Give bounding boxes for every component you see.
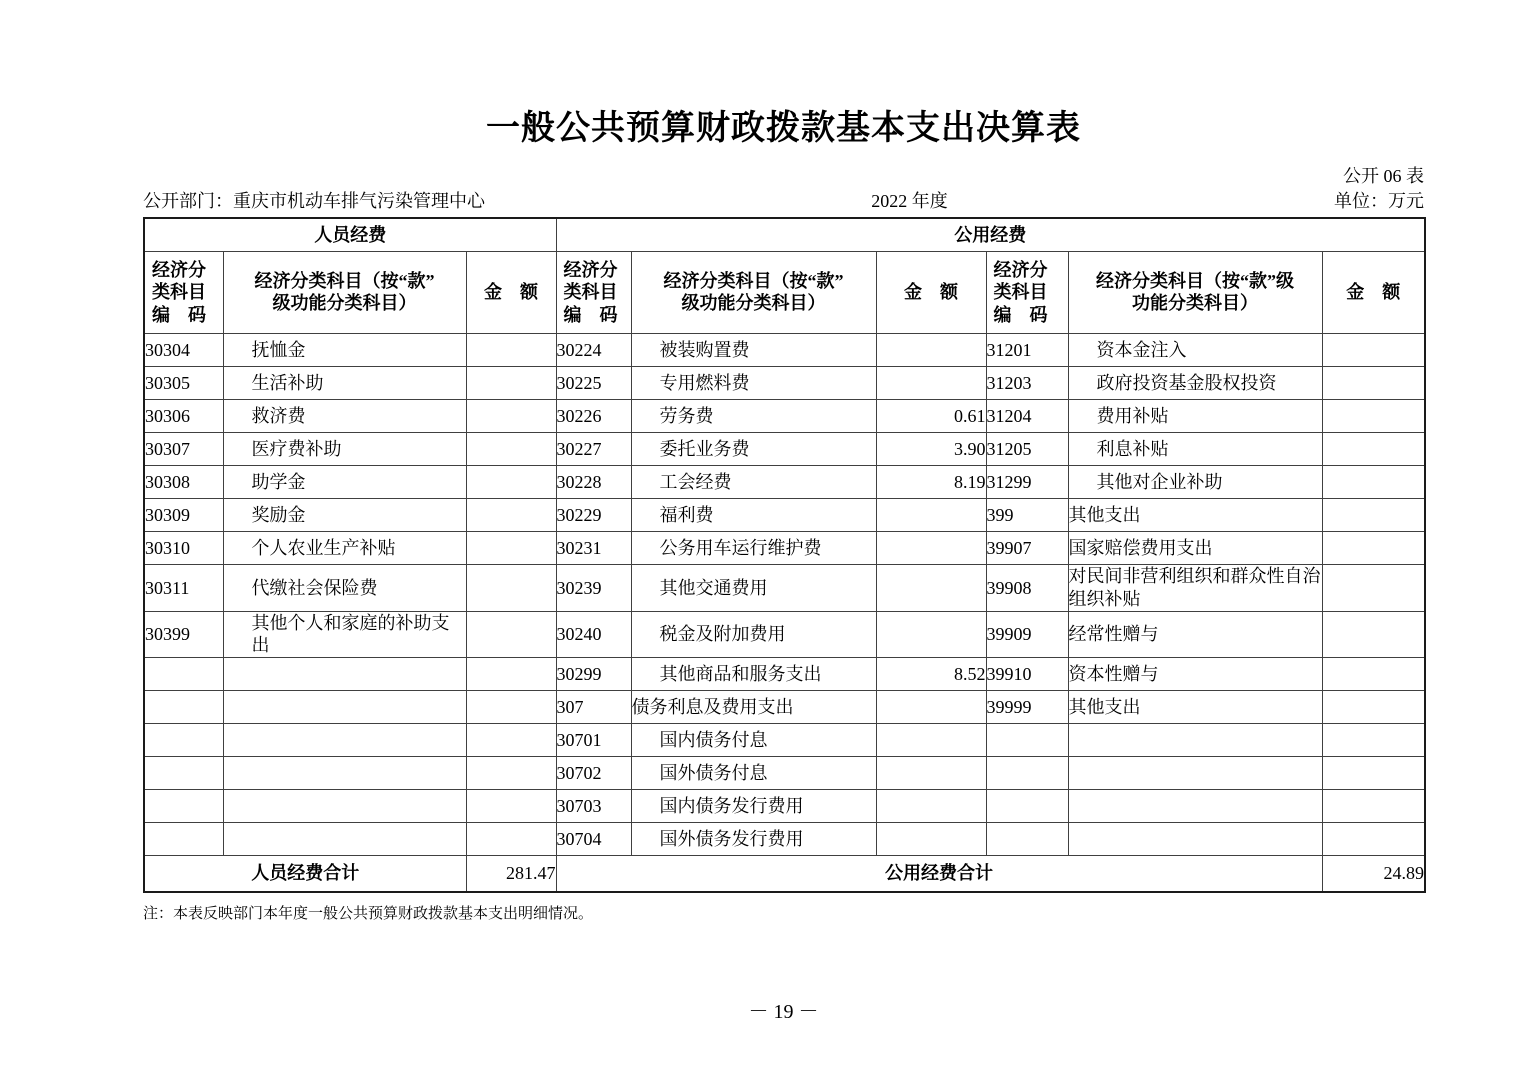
- code-cell: 39909: [986, 611, 1068, 657]
- table-row: 30308助学金30228工会经费8.1931299其他对企业补助: [144, 465, 1425, 498]
- amount-cell: [1322, 822, 1425, 855]
- code-cell: [144, 690, 223, 723]
- subject-cell: 医疗费补助: [223, 432, 466, 465]
- amount-cell: [1322, 333, 1425, 366]
- amount-cell: [466, 789, 556, 822]
- document-page: 一般公共预算财政拨款基本支出决算表 公开 06 表 公开部门：重庆市机动车排气污…: [0, 0, 1520, 1074]
- amount-cell: [1322, 611, 1425, 657]
- column-header-code-2: 经济分 类科目 编 码: [556, 251, 631, 333]
- table-note: 注：本表反映部门本年度一般公共预算财政拨款基本支出明细情况。: [143, 902, 1424, 923]
- code-cell: 30399: [144, 611, 223, 657]
- code-cell: [986, 756, 1068, 789]
- column-header-amount-2: 金 额: [876, 251, 986, 333]
- amount-cell: [1322, 366, 1425, 399]
- subject-cell: 税金及附加费用: [631, 611, 876, 657]
- code-cell: 30226: [556, 399, 631, 432]
- personnel-total-label: 人员经费合计: [144, 855, 466, 892]
- amount-cell: [1322, 564, 1425, 611]
- amount-cell: 0.61: [876, 399, 986, 432]
- subject-cell: [223, 657, 466, 690]
- subject-cell: [1068, 789, 1322, 822]
- table-row: 30304抚恤金30224被装购置费31201资本金注入: [144, 333, 1425, 366]
- year-label: 2022 年度: [871, 191, 948, 213]
- amount-cell: [466, 723, 556, 756]
- subject-cell: [1068, 723, 1322, 756]
- amount-cell: [876, 822, 986, 855]
- subject-cell: 被装购置费: [631, 333, 876, 366]
- subject-cell: [223, 822, 466, 855]
- table-row: 30305生活补助30225专用燃料费31203政府投资基金股权投资: [144, 366, 1425, 399]
- code-cell: 39910: [986, 657, 1068, 690]
- subject-cell: 工会经费: [631, 465, 876, 498]
- totals-row: 人员经费合计 281.47 公用经费合计 24.89: [144, 855, 1425, 892]
- column-header-code-1: 经济分 类科目 编 码: [144, 251, 223, 333]
- code-cell: [986, 789, 1068, 822]
- subject-cell: 资本性赠与: [1068, 657, 1322, 690]
- subject-cell: 对民间非营利组织和群众性自治组织补贴: [1068, 564, 1322, 611]
- code-cell: 30308: [144, 465, 223, 498]
- table-row: 30307医疗费补助30227委托业务费3.9031205利息补贴: [144, 432, 1425, 465]
- column-header-row: 经济分 类科目 编 码 经济分类科目（按“款” 级功能分类科目） 金 额 经济分…: [144, 251, 1425, 333]
- table-row: 30703国内债务发行费用: [144, 789, 1425, 822]
- amount-cell: [1322, 498, 1425, 531]
- code-cell: [144, 756, 223, 789]
- amount-cell: [466, 399, 556, 432]
- subject-cell: [223, 789, 466, 822]
- amount-cell: [466, 690, 556, 723]
- amount-cell: [466, 366, 556, 399]
- amount-cell: [466, 432, 556, 465]
- code-cell: 31203: [986, 366, 1068, 399]
- sheet-number-label: 公开 06 表: [143, 167, 1424, 187]
- code-cell: [144, 657, 223, 690]
- amount-cell: 8.19: [876, 465, 986, 498]
- subject-cell: 资本金注入: [1068, 333, 1322, 366]
- column-header-code-3: 经济分 类科目 编 码: [986, 251, 1068, 333]
- subject-cell: 生活补助: [223, 366, 466, 399]
- table-row: 30311代缴社会保险费30239其他交通费用39908对民间非营利组织和群众性…: [144, 564, 1425, 611]
- department-label: 公开部门：重庆市机动车排气污染管理中心: [143, 191, 485, 213]
- subject-cell: 助学金: [223, 465, 466, 498]
- code-cell: 30227: [556, 432, 631, 465]
- table-row: 30702国外债务付息: [144, 756, 1425, 789]
- subject-cell: 国外债务发行费用: [631, 822, 876, 855]
- amount-cell: [1322, 690, 1425, 723]
- subject-cell: 国内债务付息: [631, 723, 876, 756]
- subject-cell: 其他对企业补助: [1068, 465, 1322, 498]
- code-cell: 30228: [556, 465, 631, 498]
- code-cell: 30225: [556, 366, 631, 399]
- amount-cell: [876, 690, 986, 723]
- code-cell: 30701: [556, 723, 631, 756]
- subject-cell: 奖励金: [223, 498, 466, 531]
- amount-cell: [1322, 531, 1425, 564]
- code-cell: [144, 822, 223, 855]
- amount-cell: [466, 531, 556, 564]
- code-cell: 307: [556, 690, 631, 723]
- subject-cell: 经常性赠与: [1068, 611, 1322, 657]
- subject-cell: 专用燃料费: [631, 366, 876, 399]
- subject-cell: 公务用车运行维护费: [631, 531, 876, 564]
- amount-cell: [466, 756, 556, 789]
- table-row: 30399其他个人和家庭的补助支出30240税金及附加费用39909经常性赠与: [144, 611, 1425, 657]
- code-cell: 30702: [556, 756, 631, 789]
- column-header-subject-2: 经济分类科目（按“款” 级功能分类科目）: [631, 251, 876, 333]
- code-cell: 30224: [556, 333, 631, 366]
- amount-cell: [876, 789, 986, 822]
- subject-cell: 福利费: [631, 498, 876, 531]
- column-header-subject-3: 经济分类科目（按“款”级 功能分类科目）: [1068, 251, 1322, 333]
- code-cell: 30239: [556, 564, 631, 611]
- code-cell: 30703: [556, 789, 631, 822]
- amount-cell: [1322, 465, 1425, 498]
- public-total-label: 公用经费合计: [556, 855, 1322, 892]
- subject-cell: 其他支出: [1068, 690, 1322, 723]
- code-cell: 31204: [986, 399, 1068, 432]
- code-cell: 31299: [986, 465, 1068, 498]
- subject-cell: 利息补贴: [1068, 432, 1322, 465]
- subject-cell: [1068, 756, 1322, 789]
- subject-cell: 个人农业生产补贴: [223, 531, 466, 564]
- amount-cell: [1322, 432, 1425, 465]
- document-content: 一般公共预算财政拨款基本支出决算表 公开 06 表 公开部门：重庆市机动车排气污…: [143, 0, 1424, 1024]
- column-header-amount-3: 金 额: [1322, 251, 1425, 333]
- table-row: 30704国外债务发行费用: [144, 822, 1425, 855]
- amount-cell: [876, 498, 986, 531]
- column-header-subject-1: 经济分类科目（按“款” 级功能分类科目）: [223, 251, 466, 333]
- amount-cell: [1322, 789, 1425, 822]
- amount-cell: 8.52: [876, 657, 986, 690]
- subject-cell: [1068, 822, 1322, 855]
- code-cell: 30305: [144, 366, 223, 399]
- amount-cell: [1322, 399, 1425, 432]
- subject-cell: 其他商品和服务支出: [631, 657, 876, 690]
- amount-cell: [876, 366, 986, 399]
- table-row: 30299其他商品和服务支出8.5239910资本性赠与: [144, 657, 1425, 690]
- subject-cell: 其他交通费用: [631, 564, 876, 611]
- table-row: 30306救济费30226劳务费0.6131204费用补贴: [144, 399, 1425, 432]
- subject-cell: 债务利息及费用支出: [631, 690, 876, 723]
- code-cell: 39907: [986, 531, 1068, 564]
- table-row: 307债务利息及费用支出39999其他支出: [144, 690, 1425, 723]
- amount-cell: [466, 611, 556, 657]
- code-cell: 31201: [986, 333, 1068, 366]
- page-number: － 19 －: [143, 995, 1424, 1024]
- amount-cell: [466, 564, 556, 611]
- unit-label: 单位：万元: [1334, 191, 1424, 213]
- subject-cell: 国家赔偿费用支出: [1068, 531, 1322, 564]
- amount-cell: [876, 756, 986, 789]
- code-cell: 30704: [556, 822, 631, 855]
- group-header-public: 公用经费: [556, 218, 1425, 251]
- subject-cell: [223, 723, 466, 756]
- amount-cell: [1322, 756, 1425, 789]
- subject-cell: 委托业务费: [631, 432, 876, 465]
- subject-cell: 政府投资基金股权投资: [1068, 366, 1322, 399]
- subject-cell: 代缴社会保险费: [223, 564, 466, 611]
- public-total-amount: 24.89: [1322, 855, 1425, 892]
- amount-cell: [876, 611, 986, 657]
- subject-cell: 抚恤金: [223, 333, 466, 366]
- code-cell: 30304: [144, 333, 223, 366]
- subject-cell: [223, 690, 466, 723]
- code-cell: 399: [986, 498, 1068, 531]
- code-cell: 31205: [986, 432, 1068, 465]
- code-cell: 39999: [986, 690, 1068, 723]
- subject-cell: 国内债务发行费用: [631, 789, 876, 822]
- code-cell: 30229: [556, 498, 631, 531]
- group-header-row: 人员经费 公用经费: [144, 218, 1425, 251]
- amount-cell: [466, 333, 556, 366]
- page-title: 一般公共预算财政拨款基本支出决算表: [143, 0, 1424, 149]
- code-cell: [986, 822, 1068, 855]
- amount-cell: [876, 333, 986, 366]
- code-cell: 30309: [144, 498, 223, 531]
- amount-cell: [466, 498, 556, 531]
- code-cell: 30240: [556, 611, 631, 657]
- column-header-amount-1: 金 额: [466, 251, 556, 333]
- code-cell: 30311: [144, 564, 223, 611]
- table-row: 30309奖励金30229福利费399其他支出: [144, 498, 1425, 531]
- subject-cell: 救济费: [223, 399, 466, 432]
- table-row: 30701国内债务付息: [144, 723, 1425, 756]
- personnel-total-amount: 281.47: [466, 855, 556, 892]
- code-cell: 30307: [144, 432, 223, 465]
- subject-cell: 其他支出: [1068, 498, 1322, 531]
- amount-cell: [1322, 657, 1425, 690]
- code-cell: 39908: [986, 564, 1068, 611]
- amount-cell: 3.90: [876, 432, 986, 465]
- amount-cell: [466, 465, 556, 498]
- amount-cell: [466, 822, 556, 855]
- amount-cell: [876, 531, 986, 564]
- amount-cell: [1322, 723, 1425, 756]
- subject-cell: 费用补贴: [1068, 399, 1322, 432]
- meta-row: 公开部门：重庆市机动车排气污染管理中心 2022 年度 单位：万元: [143, 191, 1424, 213]
- group-header-personnel: 人员经费: [144, 218, 556, 251]
- code-cell: 30231: [556, 531, 631, 564]
- subject-cell: 其他个人和家庭的补助支出: [223, 611, 466, 657]
- subject-cell: 国外债务付息: [631, 756, 876, 789]
- subject-cell: [223, 756, 466, 789]
- code-cell: [986, 723, 1068, 756]
- amount-cell: [876, 723, 986, 756]
- budget-table: 人员经费 公用经费 经济分 类科目 编 码 经济分类科目（按“款” 级功能分类科…: [143, 217, 1426, 893]
- code-cell: [144, 723, 223, 756]
- code-cell: 30306: [144, 399, 223, 432]
- subject-cell: 劳务费: [631, 399, 876, 432]
- code-cell: 30299: [556, 657, 631, 690]
- table-row: 30310个人农业生产补贴30231公务用车运行维护费39907国家赔偿费用支出: [144, 531, 1425, 564]
- code-cell: [144, 789, 223, 822]
- code-cell: 30310: [144, 531, 223, 564]
- amount-cell: [466, 657, 556, 690]
- amount-cell: [876, 564, 986, 611]
